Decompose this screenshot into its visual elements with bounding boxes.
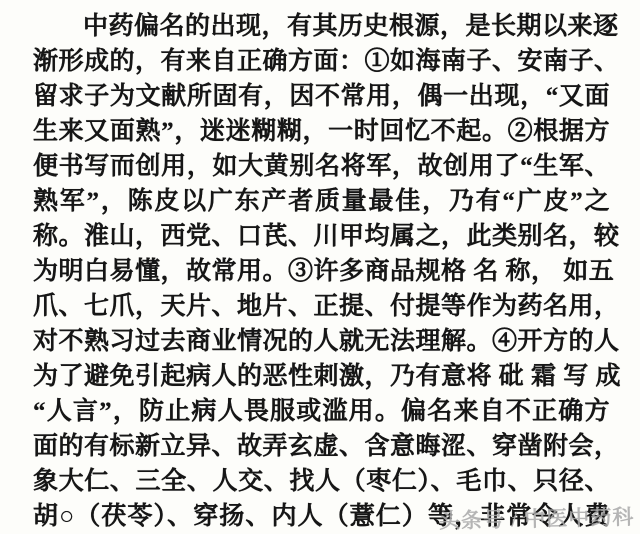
watermark: 头条号 / 中医中药科 — [438, 504, 634, 534]
text-line: 称。淮山，西党、口芪、川甲均属之，此类别名，较 — [33, 219, 610, 254]
text-line: 对不熟习过去商业情况的人就无法理解。④开方的人 — [33, 324, 610, 359]
text-line: 爪、七爪，天片、地片、正提、付提等作为药名用， — [33, 289, 610, 324]
text-line: 为明白易懂，故常用。③许多商品规格 名 称， 如五 — [33, 254, 610, 289]
paragraph-block: 中药偏名的出现，有其历史根源，是长期以来逐 渐形成的，有来自正确方面：①如海南子… — [33, 9, 610, 534]
text-line: “人言”，防止病人畏服或滥用。偏名来自不正确方 — [33, 394, 610, 429]
scanned-document-page: 中药偏名的出现，有其历史根源，是长期以来逐 渐形成的，有来自正确方面：①如海南子… — [0, 0, 640, 534]
text-line: 熟军”，陈皮以广东产者质量最佳，乃有“广皮”之 — [33, 184, 610, 219]
text-line: 为了避免引起病人的恶性刺激，乃有意将 砒 霜 写 成 — [33, 359, 610, 394]
text-line: 生来又面熟”，迷迷糊糊，一时回忆不起。②根据方 — [33, 114, 610, 149]
text-line: 便书写而创用，如大黄别名将军，故创用了“生军、 — [33, 149, 610, 184]
text-line: 中药偏名的出现，有其历史根源，是长期以来逐 — [33, 9, 610, 44]
text-line: 渐形成的，有来自正确方面：①如海南子、安南子、 — [33, 44, 610, 79]
text-line: 象大仁、三全、人交、找人（枣仁）、毛巾、只径、 — [33, 464, 610, 499]
text-line: 面的有标新立异、故弄玄虚、含意晦涩、穿凿附会， — [33, 429, 610, 464]
text-line: 留求子为文献所固有，因不常用，偶一出现，“又面 — [33, 79, 610, 114]
